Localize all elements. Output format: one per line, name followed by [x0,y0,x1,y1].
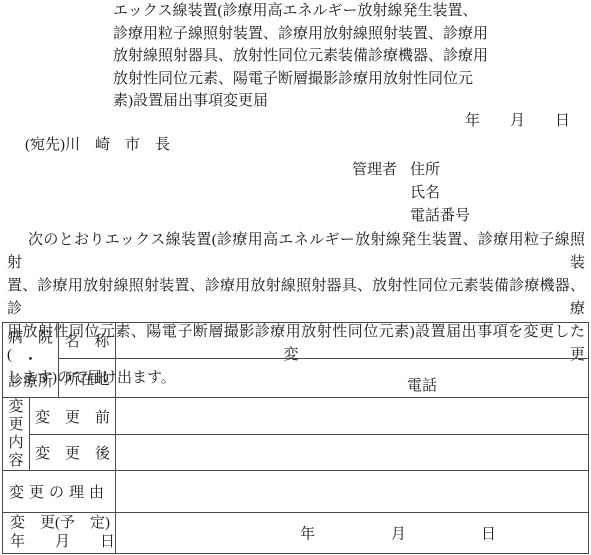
before-value-cell [116,398,589,435]
change-date-label-line: 年 月 日 [10,533,115,552]
form-title-line: 素)設置届出事項変更届 [113,90,513,113]
day-unit-label: 日 [481,523,496,544]
month-unit-label: 月 [391,523,406,544]
change-date-row-header: 変 更(予 定) 年 月 日 [3,513,116,554]
facility-group-header: 病 院 ・ 診療所 [3,323,59,398]
facility-label-line: 病 院 [3,330,58,346]
before-row-header: 変 更 前 [30,398,116,435]
manager-phone-label: 電話番号 [410,205,470,228]
facility-group-label: 病 院 ・ 診療所 [3,324,58,397]
manager-address-label: 住所 [410,159,470,182]
reason-row-header: 変更の理由 [3,471,116,513]
change-date-label: 変 更(予 定) 年 月 日 [3,514,115,552]
change-notification-table: 病 院 ・ 診療所 名 称 所在地 電話 変更内容 変 更 前 変 更 後 変更… [2,322,589,554]
after-row-header: 変 更 後 [30,435,116,471]
form-title-line: 放射線照射器具、放射性同位元素装備診療機器、診療用 [113,45,513,68]
change-group-label: 変更内容 [8,398,24,470]
form-title: エックス線装置(診療用高エネルギー放射線発生装置、 診療用粒子線照射装置、診療用… [113,0,513,113]
manager-name-label: 氏名 [410,182,470,205]
after-value-cell [116,435,589,471]
address-row-header: 所在地 [59,359,116,398]
phone-label: 電話 [407,379,437,394]
manager-block: 管理者 住所 氏名 電話番号 [352,159,470,228]
form-title-line: 放射性同位元素、陽電子断層撮影診療用放射性同位元 [113,68,513,91]
reason-label: 変更の理由 [9,485,109,501]
facility-label-line: 診療所 [3,374,58,390]
body-line: 置、診療用放射線照射装置、診療用放射線照射器具、放射性同位元素装備診療機器、診療 [7,275,585,321]
reason-value-cell [116,471,589,513]
facility-label-dot: ・ [3,352,58,368]
year-unit-label: 年 [300,523,315,544]
name-row-header: 名 称 [59,323,116,359]
form-title-line: 診療用粒子線照射装置、診療用放射線照射装置、診療用 [113,23,513,46]
manager-fields: 住所 氏名 電話番号 [410,159,470,228]
submission-date-line: 年 月 日 [465,110,570,133]
change-date-value-cell: 年 月 日 [116,513,589,554]
addressee-line: (宛先)川 崎 市 長 [25,134,170,157]
change-group-header: 変更内容 [3,398,30,471]
body-line: 次のとおりエックス線装置(診療用高エネルギー放射線発生装置、診療用粒子線照射装 [7,229,585,275]
name-value-cell [116,323,589,359]
form-title-line: エックス線装置(診療用高エネルギー放射線発生装置、 [113,0,513,23]
manager-label: 管理者 [352,159,397,228]
address-value-cell: 電話 [116,359,589,398]
change-date-label-line: 変 更(予 定) [10,514,115,533]
